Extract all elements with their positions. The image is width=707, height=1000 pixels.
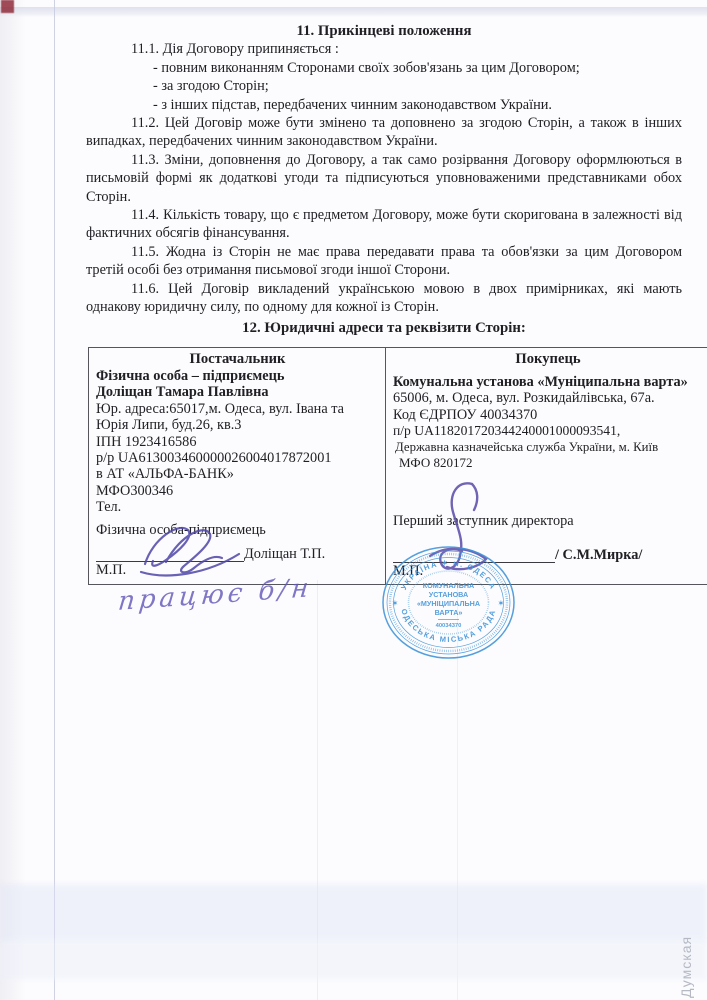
supplier-bank: в АТ «АЛЬФА-БАНК» xyxy=(96,466,379,482)
stamp-code: 40034370 xyxy=(436,623,462,629)
buyer-address: 65006, м. Одеса, вул. Розкидайлівська, 6… xyxy=(393,390,703,406)
clause-11-1: 11.1. Дія Договору припиняється : xyxy=(86,40,682,58)
stamp-star-left: ✶ xyxy=(392,600,398,608)
scan-bottom-band-artifact xyxy=(0,884,707,942)
supplier-signature-row: Доліщан Т.П. xyxy=(96,546,379,562)
stamp-star-right: ✶ xyxy=(498,600,504,608)
clause-11-5: 11.5. Жодна із Сторін не має права перед… xyxy=(86,243,682,280)
scan-bottom-band-artifact xyxy=(0,940,707,980)
supplier-account: р/р UA613003460000026004017872001 xyxy=(96,450,379,466)
buyer-mfo: МФО 820172 xyxy=(393,455,703,470)
buyer-edrpou: Код ЄДРПОУ 40034370 xyxy=(393,407,703,423)
contract-body: 11. Прикінцеві положення 11.1. Дія Догов… xyxy=(86,22,682,585)
supplier-seal-label: М.П. xyxy=(96,562,379,578)
scan-corner-mark-artifact xyxy=(1,0,14,13)
supplier-ipn: ІПН 1923416586 xyxy=(96,434,379,450)
supplier-signature-line xyxy=(96,548,244,562)
clause-11-1-bullet: - за згодою Сторін; xyxy=(86,77,682,95)
buyer-name: Комунальна установа «Муніципальна варта» xyxy=(393,374,703,390)
buyer-account: п/р UA118201720344240001000093541, xyxy=(393,423,703,439)
section-12-title: 12. Юридичні адреси та реквізити Сторін: xyxy=(86,319,682,337)
supplier-signer-name: Доліщан Т.П. xyxy=(244,546,325,562)
section-11-title: 11. Прикінцеві положення xyxy=(86,22,682,40)
scan-fold-line-artifact xyxy=(54,0,55,1000)
stamp-org-line: КОМУНАЛЬНА xyxy=(423,581,475,590)
clause-11-4: 11.4. Кількість товару, що є предметом Д… xyxy=(86,206,682,243)
clause-11-6: 11.6. Цей Договір викладений українською… xyxy=(86,280,682,317)
buyer-signer-role: Перший заступник директора xyxy=(393,513,703,529)
scan-top-band-artifact xyxy=(0,7,707,17)
clause-11-1-bullet: - повним виконанням Сторонами своїх зобо… xyxy=(86,59,682,77)
clause-11-3: 11.3. Зміни, доповнення до Договору, а т… xyxy=(86,151,682,206)
buyer-header: Покупець xyxy=(393,351,703,368)
stamp-org-line: ВАРТА» xyxy=(435,608,463,617)
supplier-cell: Постачальник Фізична особа – підприємець… xyxy=(89,347,386,584)
buyer-treasury: Державна казначейська служба України, м.… xyxy=(393,440,703,455)
buyer-signer-name: / С.М.Мирка/ xyxy=(555,547,642,563)
clause-11-1-bullet: - з інших підстав, передбачених чинним з… xyxy=(86,96,682,114)
supplier-type: Фізична особа – підприємець xyxy=(96,368,379,384)
scan-left-edge-artifact xyxy=(0,0,26,1000)
supplier-header: Постачальник xyxy=(96,351,379,368)
clause-11-2: 11.2. Цей Договір може бути змінено та д… xyxy=(86,114,682,151)
supplier-tel: Тел. xyxy=(96,499,379,515)
scanned-contract-page: 11. Прикінцеві положення 11.1. Дія Догов… xyxy=(0,0,707,1000)
stamp-org-line: «МУНІЦИПАЛЬНА xyxy=(417,599,480,608)
official-stamp: УКРАЇНА ✶ м. ОДЕСА ОДЕСЬКА МІСЬКА РАДА ✶… xyxy=(379,544,518,661)
stamp-org-line: УСТАНОВА xyxy=(429,590,468,599)
supplier-signer-role: Фізична особа-підприємець xyxy=(96,522,379,538)
supplier-mfo: МФО300346 xyxy=(96,483,379,499)
supplier-address: Юр. адреса:65017,м. Одеса, вул. Івана та… xyxy=(96,401,379,434)
supplier-name: Доліщан Тамара Павлівна xyxy=(96,384,379,400)
site-watermark: Думская xyxy=(678,908,694,998)
